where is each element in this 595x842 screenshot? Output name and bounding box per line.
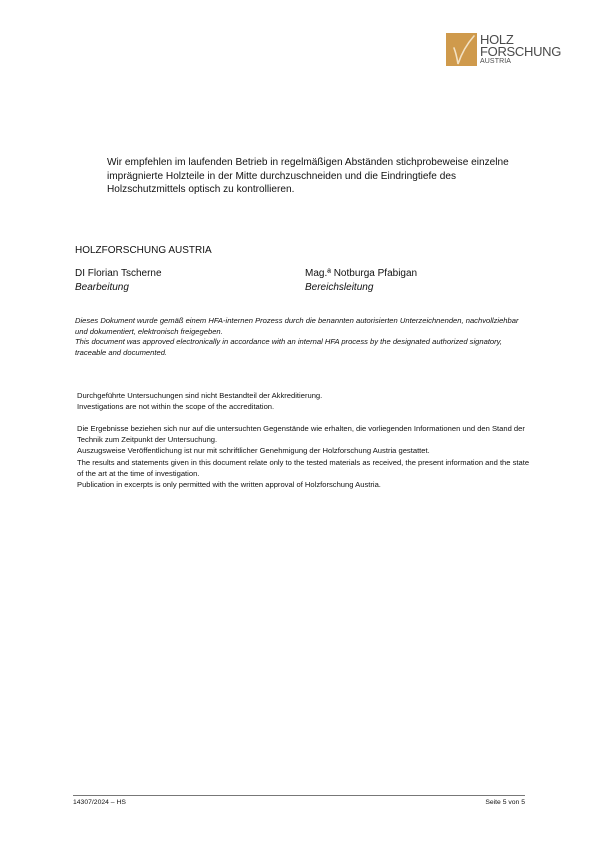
- disclaimer-line: Publication in excerpts is only permitte…: [77, 479, 532, 490]
- approval-note-de: Dieses Dokument wurde gemäß einem HFA-in…: [75, 316, 525, 337]
- accreditation-note: Durchgeführte Untersuchungen sind nicht …: [77, 390, 532, 412]
- electronic-approval-note: Dieses Dokument wurde gemäß einem HFA-in…: [75, 316, 525, 358]
- approval-note-en: This document was approved electronicall…: [75, 337, 525, 358]
- company-logo: HOLZ FORSCHUNG AUSTRIA: [446, 33, 561, 67]
- logo-text: HOLZ FORSCHUNG AUSTRIA: [480, 33, 561, 65]
- signer-name: Mag.ª Notburga Pfabigan: [305, 267, 417, 281]
- checkmark-logo-icon: [446, 33, 477, 66]
- results-disclaimer: Die Ergebnisse beziehen sich nur auf die…: [77, 423, 532, 490]
- signer-role: Bereichsleitung: [305, 281, 417, 295]
- signer-role: Bearbeitung: [75, 281, 162, 295]
- organization-name: HOLZFORSCHUNG AUSTRIA: [75, 245, 212, 256]
- signer-processor: DI Florian Tscherne Bearbeitung: [75, 267, 162, 294]
- logo-line-forschung: FORSCHUNG: [480, 45, 561, 57]
- recommendation-paragraph: Wir empfehlen im laufenden Betrieb in re…: [107, 156, 532, 197]
- accreditation-note-en: Investigations are not within the scope …: [77, 401, 532, 412]
- page-number: Seite 5 von 5: [485, 799, 525, 806]
- accreditation-note-de: Durchgeführte Untersuchungen sind nicht …: [77, 390, 532, 401]
- disclaimer-line: Die Ergebnisse beziehen sich nur auf die…: [77, 423, 532, 445]
- disclaimer-line: The results and statements given in this…: [77, 457, 532, 479]
- signer-head-of-department: Mag.ª Notburga Pfabigan Bereichsleitung: [305, 267, 417, 294]
- footer-divider: [73, 795, 525, 796]
- report-reference: 14307/2024 – HS: [73, 799, 126, 806]
- disclaimer-line: Auszugsweise Veröffentlichung ist nur mi…: [77, 445, 532, 456]
- signer-name: DI Florian Tscherne: [75, 267, 162, 281]
- logo-line-austria: AUSTRIA: [480, 58, 561, 65]
